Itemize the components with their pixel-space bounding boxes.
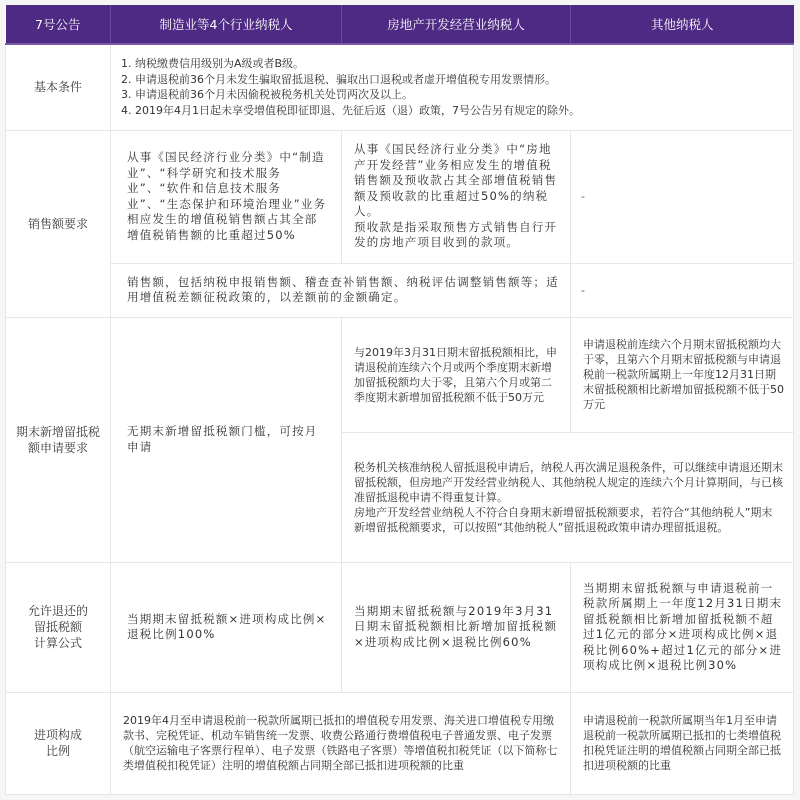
basic-condition-2: 2. 申请退税前36个月未发生骗取留抵退税、骗取出口退税或者虚开增值税专用发票情…	[121, 72, 783, 88]
sales-real-estate-cell: 从事《国民经济行业分类》中“房地产开发经营”业务相应发生的增值税销售额及预收款占…	[342, 130, 571, 263]
sales-other-cell: -	[571, 130, 794, 263]
row-label-sales: 销售额要求	[6, 130, 111, 317]
header-real-estate: 房地产开发经营业纳税人	[342, 5, 571, 44]
sales-manufacturing-cell: 从事《国民经济行业分类》中“制造业”、“科学研究和技术服务业”、“软件和信息技术…	[111, 130, 342, 263]
table-row-increment: 期末新增留抵税额申请要求 无期末新增留抵税额门槛，可按月申请 与2019年3月3…	[6, 317, 794, 432]
table-row-formula: 允许退还的 留抵税额 计算公式 当期期末留抵税额×进项构成比例×退税比例100%…	[6, 562, 794, 692]
policy-comparison-table-wrapper: 7号公告 制造业等4个行业纳税人 房地产开发经营业纳税人 其他纳税人 基本条件 …	[5, 5, 793, 795]
header-announcement: 7号公告	[6, 5, 111, 44]
header-manufacturing: 制造业等4个行业纳税人	[111, 5, 342, 44]
row-label-formula-line1: 允许退还的	[12, 603, 104, 619]
ratio-shared-cell: 2019年4月至申请退税前一税款所属期已抵扣的增值税专用发票、海关进口增值税专用…	[111, 692, 571, 794]
formula-real-estate-cell: 当期期末留抵税额与2019年3月31日期末留抵税额相比新增加留抵税额×进项构成比…	[342, 562, 571, 692]
sales-note-other-cell: -	[571, 263, 794, 317]
row-label-increment: 期末新增留抵税额申请要求	[6, 317, 111, 562]
table-header-row: 7号公告 制造业等4个行业纳税人 房地产开发经营业纳税人 其他纳税人	[6, 5, 794, 44]
sales-note-cell: 销售额，包括纳税申报销售额、稽查查补销售额、纳税评估调整销售额等；适用增值税差额…	[111, 263, 571, 317]
increment-shared-line1: 税务机关核准纳税人留抵退税申请后，纳税人再次满足退税条件，可以继续申请退还期末留…	[354, 460, 783, 505]
increment-real-estate-cell: 与2019年3月31日期末留抵税额相比，申请退税前连续六个月或两个季度期末新增加…	[342, 317, 571, 432]
formula-manufacturing-cell: 当期期末留抵税额×进项构成比例×退税比例100%	[111, 562, 342, 692]
row-label-formula-line2: 留抵税额	[12, 619, 104, 635]
formula-other-cell: 当期期末留抵税额与申请退税前一税款所属期上一年度12月31日期末留抵税额相比新增…	[571, 562, 794, 692]
table-row-sales-note: 销售额，包括纳税申报销售额、稽查查补销售额、纳税评估调整销售额等；适用增值税差额…	[6, 263, 794, 317]
sales-real-estate-line2: 预收款是指采取预售方式销售自行开发的房地产项目收到的款项。	[354, 220, 560, 251]
header-other: 其他纳税人	[571, 5, 794, 44]
basic-condition-4: 4. 2019年4月1日起未享受增值税即征即退、先征后返（退）政策，7号公告另有…	[121, 103, 783, 119]
table-row-basic: 基本条件 1. 纳税缴费信用级别为A级或者B级。 2. 申请退税前36个月未发生…	[6, 44, 794, 130]
increment-shared-cell: 税务机关核准纳税人留抵退税申请后，纳税人再次满足退税条件，可以继续申请退还期末留…	[342, 432, 794, 562]
row-label-ratio: 进项构成 比例	[6, 692, 111, 794]
increment-manufacturing-cell: 无期末新增留抵税额门槛，可按月申请	[111, 317, 342, 562]
table-row-ratio: 进项构成 比例 2019年4月至申请退税前一税款所属期已抵扣的增值税专用发票、海…	[6, 692, 794, 794]
table-row-sales: 销售额要求 从事《国民经济行业分类》中“制造业”、“科学研究和技术服务业”、“软…	[6, 130, 794, 263]
sales-real-estate-line1: 从事《国民经济行业分类》中“房地产开发经营”业务相应发生的增值税销售额及预收款占…	[354, 142, 560, 220]
policy-comparison-table: 7号公告 制造业等4个行业纳税人 房地产开发经营业纳税人 其他纳税人 基本条件 …	[5, 5, 794, 795]
basic-condition-3: 3. 申请退税前36个月未因偷税被税务机关处罚两次及以上。	[121, 87, 783, 103]
increment-shared-line2: 房地产开发经营业纳税人不符合自身期末新增留抵税额要求，若符合“其他纳税人”期末新…	[354, 505, 783, 535]
row-label-basic: 基本条件	[6, 44, 111, 130]
ratio-other-cell: 申请退税前一税款所属期当年1月至申请退税前一税款所属期已抵扣的七类增值税扣税凭证…	[571, 692, 794, 794]
basic-conditions-cell: 1. 纳税缴费信用级别为A级或者B级。 2. 申请退税前36个月未发生骗取留抵退…	[111, 44, 794, 130]
row-label-ratio-line1: 进项构成	[12, 727, 104, 743]
row-label-formula: 允许退还的 留抵税额 计算公式	[6, 562, 111, 692]
row-label-formula-line3: 计算公式	[12, 635, 104, 651]
row-label-ratio-line2: 比例	[12, 743, 104, 759]
basic-condition-1: 1. 纳税缴费信用级别为A级或者B级。	[121, 56, 783, 72]
increment-other-cell: 申请退税前连续六个月期末留抵税额均大于零，且第六个月期末留抵税额与申请退税前一税…	[571, 317, 794, 432]
